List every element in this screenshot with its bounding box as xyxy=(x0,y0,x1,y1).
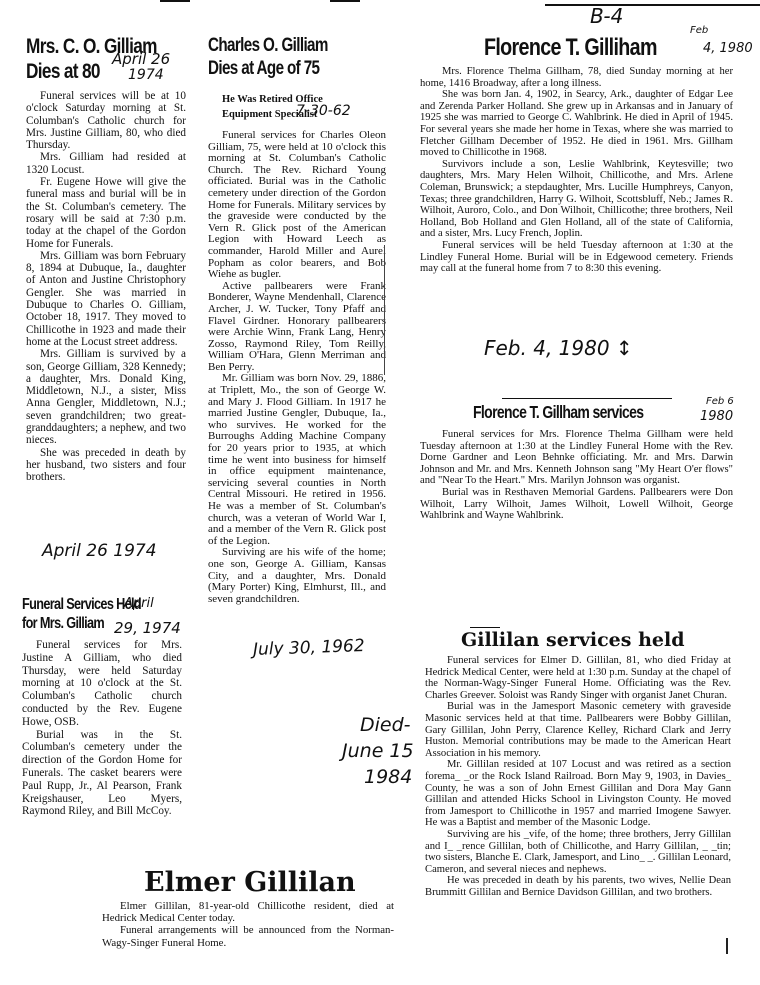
handwritten-year: 1974 xyxy=(128,68,164,82)
clipping-mrs-co-gilliam: Mrs. C. O. Gilliam Dies at 80 Funeral se… xyxy=(26,34,186,484)
headline: Elmer Gillilan xyxy=(144,868,394,898)
handwritten-date: Feb xyxy=(690,26,708,36)
handwritten-died-year: 1984 xyxy=(364,768,412,787)
clipping-florence-t-gillham-services: Florence T. Gillham services Funeral ser… xyxy=(420,401,733,522)
handwritten-note: April 26 1974 xyxy=(42,543,157,560)
top-rule-right xyxy=(545,4,760,6)
handwritten-note: July 30, 1962 xyxy=(253,638,365,659)
clipping-gillilan-services-held: Gillilan services held Funeral services … xyxy=(425,628,731,898)
handwritten-year: 1980 xyxy=(700,410,733,423)
headline: Gillilan services held xyxy=(461,628,731,652)
handwritten-date: 7-30-62 xyxy=(296,104,351,118)
handwritten-note: Feb. 4, 1980 ↕ xyxy=(484,338,633,358)
handwritten-died-label: Died- xyxy=(360,716,411,735)
handwritten-died-date: June 15 xyxy=(342,742,414,761)
article-body: Funeral services for Elmer D. Gillilan, … xyxy=(425,655,731,898)
clipping-florence-t-gilliham: Florence T. Gilliham Mrs. Florence Thelm… xyxy=(420,34,733,275)
handwritten-date: Feb 6 xyxy=(706,397,734,407)
clipping-charles-o-gilliam: Charles O. Gilliam Dies at Age of 75 He … xyxy=(208,34,386,605)
article-body: Funeral services will be at 10 o'clock S… xyxy=(26,90,186,484)
article-body: Funeral services for Charles Oleon Gilli… xyxy=(208,130,386,605)
handwritten-year: 29, 1974 xyxy=(114,621,181,636)
headline: Florence T. Gilliham xyxy=(484,34,730,62)
column-edge-mark xyxy=(726,938,728,954)
top-rule-left xyxy=(160,0,190,2)
headline: Charles O. Gilliam Dies at Age of 75 xyxy=(208,34,380,80)
divider-rule xyxy=(502,398,672,399)
handwritten-date: April xyxy=(124,597,154,610)
top-rule-mid xyxy=(330,0,360,2)
handwritten-year: 4, 1980 xyxy=(703,42,753,55)
article-body: Mrs. Florence Thelma Gillham, 78, died S… xyxy=(420,66,733,275)
column-edge-mark xyxy=(384,245,385,375)
article-body: Elmer Gillilan, 81-year-old Chillicothe … xyxy=(102,900,394,949)
article-body: Funeral services for Mrs. Justine A Gill… xyxy=(22,639,182,818)
headline: Florence T. Gillham services xyxy=(473,401,713,423)
article-body: Funeral services for Mrs. Florence Thelm… xyxy=(420,429,733,522)
clipping-elmer-gillilan: Elmer Gillilan Elmer Gillilan, 81-year-o… xyxy=(102,868,394,949)
page-marker: B-4 xyxy=(590,6,623,26)
handwritten-date: April 26 xyxy=(112,52,170,67)
